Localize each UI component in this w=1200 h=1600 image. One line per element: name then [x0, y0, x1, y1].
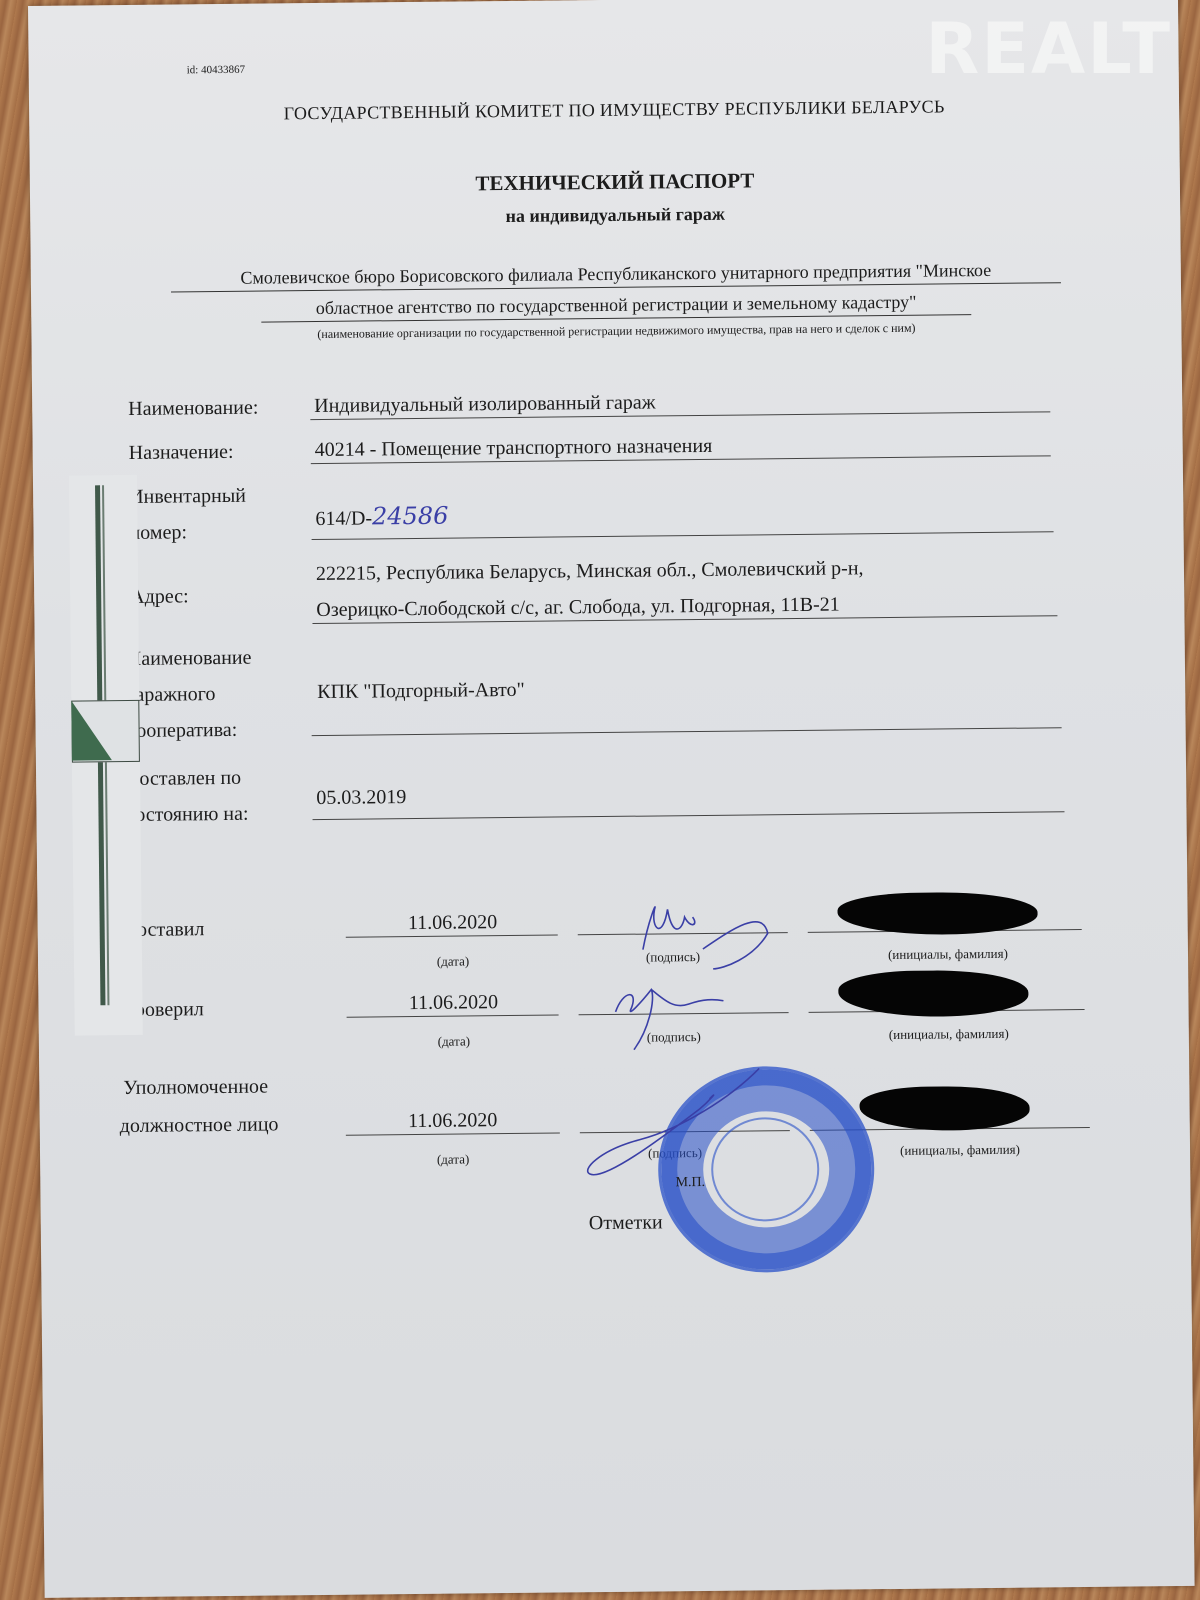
field-underline — [312, 727, 1062, 736]
field-value-as-of: 05.03.2019 — [316, 786, 406, 810]
field-label-inventory-1: Инвентарный — [129, 478, 246, 515]
document-title: ТЕХНИЧЕСКИЙ ПАСПОРТ — [30, 164, 1200, 201]
field-underline — [313, 811, 1065, 820]
inventory-handwritten-number: 24586 — [372, 502, 449, 531]
field-value-address-line-1: 222215, Республика Беларусь, Минская обл… — [316, 557, 864, 586]
binder-strip — [69, 475, 143, 1036]
field-underline — [312, 531, 1054, 540]
field-label-name: Наименование: — [128, 390, 259, 427]
field-value-coop: КПК "Подгорный-Авто" — [317, 679, 525, 704]
signature-date-checked: 11.06.2020 — [348, 991, 558, 1016]
date-caption: (дата) — [349, 1032, 559, 1050]
field-label-as-of-1: Составлен по — [126, 760, 241, 797]
signature-date-compiled: 11.06.2020 — [348, 911, 558, 936]
binder-corner — [71, 700, 112, 760]
name-caption: (инициалы, фамилия) — [850, 1141, 1070, 1159]
handwritten-signature-icon — [593, 958, 774, 1055]
issuing-committee: ГОСУДАРСТВЕННЫЙ КОМИТЕТ ПО ИМУЩЕСТВУ РЕС… — [29, 94, 1199, 127]
handwritten-signature-icon — [559, 1068, 800, 1186]
field-value-purpose: 40214 - Помещение транспортного назначен… — [315, 435, 713, 462]
field-label-purpose: Назначение: — [128, 434, 233, 471]
field-label-coop-1: Наименование — [127, 640, 252, 677]
date-caption: (дата) — [348, 953, 558, 971]
signature-date-authorized: 11.06.2020 — [348, 1109, 558, 1134]
document-page: id: 40433867 ГОСУДАРСТВЕННЫЙ КОМИТЕТ ПО … — [28, 0, 1195, 1598]
marks-heading: Отметки — [41, 1206, 1200, 1241]
inventory-printed-prefix: 614/D- — [315, 507, 372, 530]
document-id: id: 40433867 — [187, 64, 245, 77]
organization-caption: (наименование организации по государстве… — [31, 318, 1200, 345]
redacted-name — [859, 1086, 1029, 1132]
signature-role-authorized-1: Уполномоченное — [123, 1076, 268, 1101]
name-caption: (инициалы, фамилия) — [839, 1025, 1059, 1043]
field-value-inventory: 614/D-24586 — [315, 502, 448, 531]
signature-role-authorized-2: должностное лицо — [120, 1113, 279, 1138]
field-label-inventory-2: номер: — [129, 514, 187, 551]
field-value-name: Индивидуальный изолированный гараж — [314, 391, 656, 418]
realt-watermark-logo: REALT — [925, 8, 1172, 90]
stamp-place-label: М.П. — [660, 1175, 720, 1192]
field-label-as-of-2: состоянию на: — [126, 796, 248, 833]
organization-line-1: Смолевичское бюро Борисовского филиала Р… — [171, 259, 1061, 292]
date-caption: (дата) — [348, 1151, 558, 1169]
name-caption: (инициалы, фамилия) — [838, 945, 1058, 963]
field-label-coop-3: кооператива: — [127, 712, 237, 749]
document-subtitle: на индивидуальный гараж — [30, 199, 1200, 232]
redacted-name — [837, 891, 1037, 935]
field-label-address: Адрес: — [130, 578, 189, 615]
organization-line-2: областное агентство по государственной р… — [261, 291, 971, 322]
field-label-coop-2: гаражного — [127, 676, 216, 713]
